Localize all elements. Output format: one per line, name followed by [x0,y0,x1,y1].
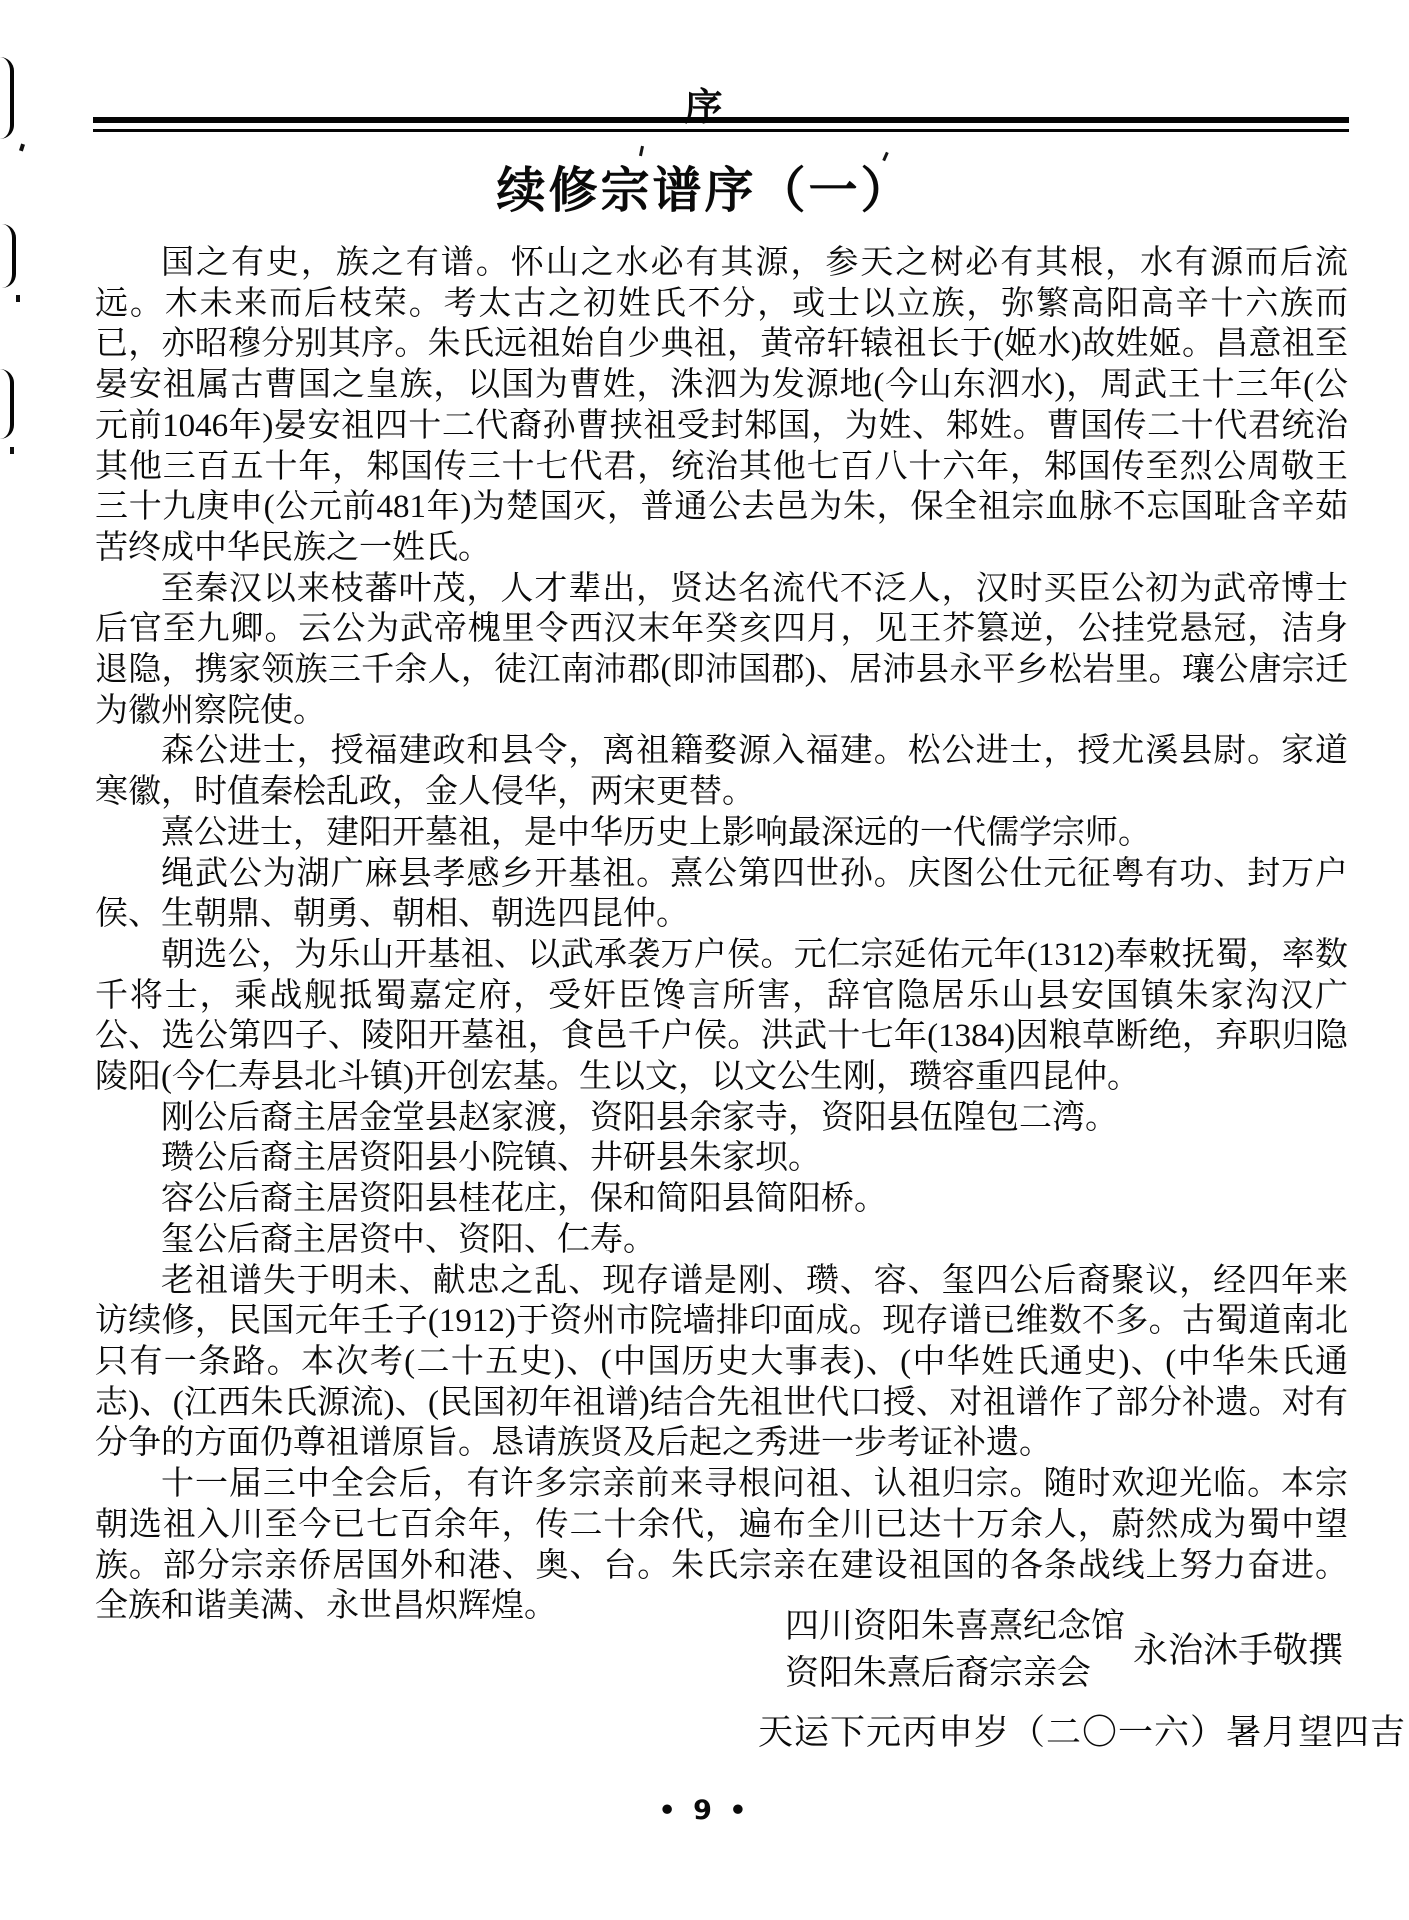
body-text: 国之有史，族之有谱。怀山之水必有其源，参天之树必有其根，水有源而后流远。木未来而… [95,243,1348,1627]
paragraph: 熹公进士，建阳开墓祖，是中华历史上影响最深远的一代儒学宗师。 [95,813,1348,854]
paragraph: 玺公后裔主居资中、资阳、仁寿。 [95,1220,1348,1261]
paragraph: 朝选公，为乐山开基祖、以武承袭万户侯。元仁宗延佑元年(1312)奉敕抚蜀，率数千… [95,935,1348,1098]
document-page: 序 续修宗谱序（一） 国之有史，族之有谱。怀山之水必有其源，参天之树必有其根，水… [0,0,1409,1920]
scan-artifact [10,447,14,454]
scan-artifact [0,224,16,288]
paragraph: 森公进士，授福建政和县令，离祖籍婺源入福建。松公进士，授尤溪县尉。家道寒徽，时值… [95,731,1348,812]
paragraph: 国之有史，族之有谱。怀山之水必有其源，参天之树必有其根，水有源而后流远。木未来而… [95,243,1348,569]
scan-artifact [19,144,25,152]
paragraph: 刚公后裔主居金堂县赵家渡，资阳县余家寺，资阳县伍隍包二湾。 [95,1098,1348,1139]
signature-org-line2: 资阳朱熹后裔宗亲会 [785,1650,1125,1697]
paragraph: 容公后裔主居资阳县桂花庄，保和简阳县简阳桥。 [95,1179,1348,1220]
scan-artifact [0,369,14,439]
paragraph: 至秦汉以来枝蕃叶茂，人才辈出，贤达名流代不泛人，汉时买臣公初为武帝博士后官至九卿… [95,569,1348,732]
paragraph: 绳武公为湖广麻县孝感乡开基祖。熹公第四世孙。庆图公仕元征粤有功、封万户侯、生朝鼎… [95,854,1348,935]
page-title: 续修宗谱序（一） [0,152,1409,222]
signature-orgs: 四川资阳朱喜熹纪念馆 资阳朱熹后裔宗亲会 [785,1603,1125,1697]
signature-block: 四川资阳朱喜熹纪念馆 资阳朱熹后裔宗亲会 永治沐手敬撰 [785,1603,1343,1697]
header-divider [93,117,1349,132]
page-number: • 9 • [0,1795,1409,1826]
scan-artifact [16,295,20,302]
paragraph: 瓒公后裔主居资阳县小院镇、井研县朱家坝。 [95,1138,1348,1179]
signature-org-line1: 四川资阳朱喜熹纪念馆 [785,1603,1125,1650]
paragraph: 老祖谱失于明未、献忠之乱、现存谱是刚、瓒、容、玺四公后裔聚议，经四年来访续修，民… [95,1261,1348,1465]
signature-signer: 永治沐手敬撰 [1133,1627,1343,1674]
date-line: 天运下元丙申岁（二〇一六）暑月望四吉 [758,1705,1406,1755]
